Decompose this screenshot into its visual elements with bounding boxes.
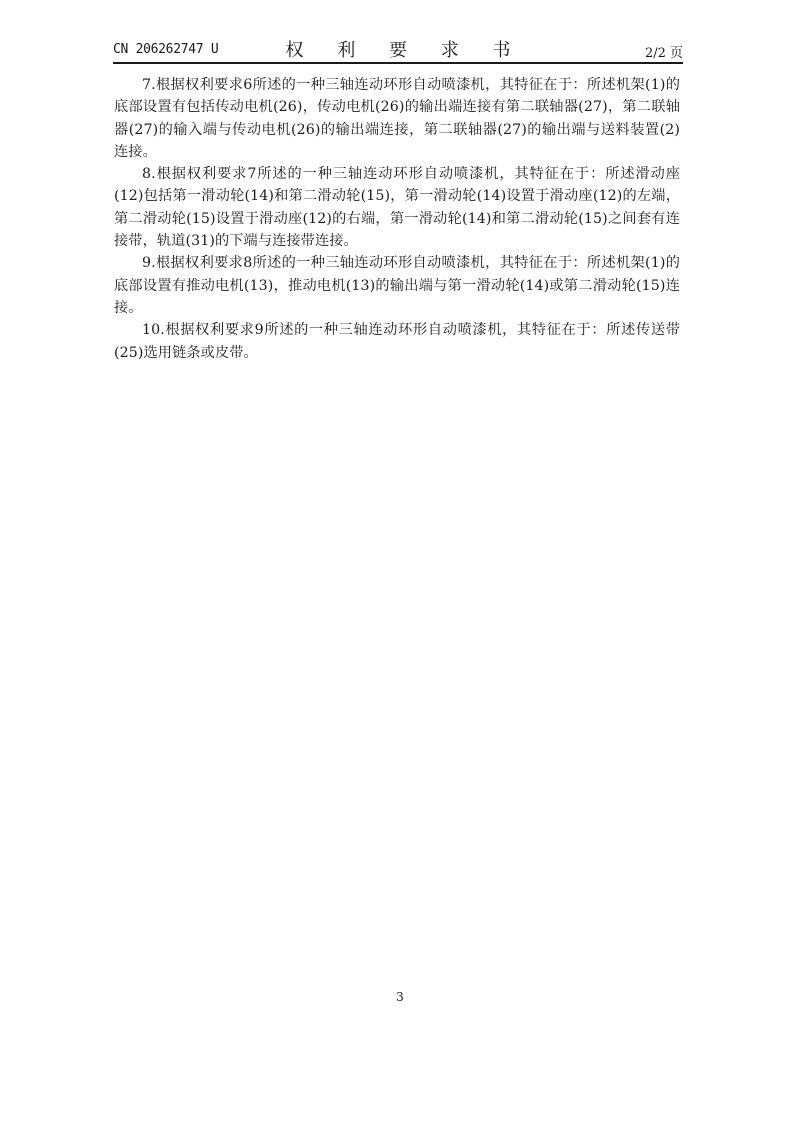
page-header: CN 206262747 U 权 利 要 求 书 2/2 页 [113, 36, 683, 62]
claim-7: 7.根据权利要求6所述的一种三轴连动环形自动喷漆机，其特征在于：所述机架(1)的… [114, 74, 680, 163]
header-rule [113, 62, 683, 64]
claims-section: 7.根据权利要求6所述的一种三轴连动环形自动喷漆机，其特征在于：所述机架(1)的… [114, 74, 680, 364]
page-indicator: 2/2 页 [645, 42, 683, 61]
page-number: 3 [0, 990, 800, 1004]
claim-8: 8.根据权利要求7所述的一种三轴连动环形自动喷漆机，其特征在于：所述滑动座(12… [114, 163, 680, 252]
claim-10: 10.根据权利要求9所述的一种三轴连动环形自动喷漆机，其特征在于：所述传送带(2… [114, 319, 680, 364]
claim-9: 9.根据权利要求8所述的一种三轴连动环形自动喷漆机，其特征在于：所述机架(1)的… [114, 252, 680, 319]
document-title: 权 利 要 求 书 [113, 36, 683, 62]
